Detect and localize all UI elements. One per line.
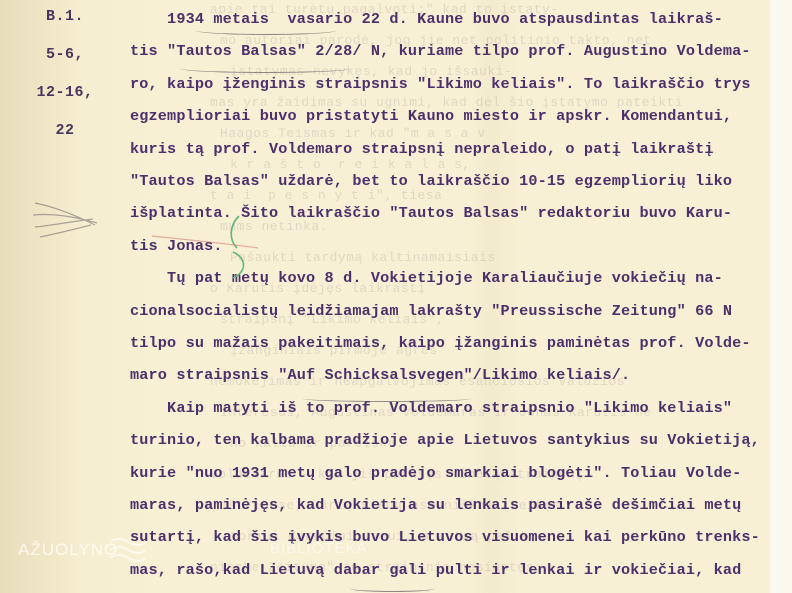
pencil-underline: [302, 395, 472, 402]
document-line: turinio, ten kalbama pradžioje apie Liet…: [130, 431, 760, 449]
document-line: maro straipsnis "Auf Schicksalsvegen"/Li…: [130, 366, 630, 384]
watermark-logo-icon: [108, 534, 148, 568]
document-line: sutartį, kad šis įvykis buvo Lietuvos vi…: [130, 528, 760, 546]
bleed-through-line: t a i p e s n y t i", tiesa: [210, 188, 442, 203]
document-line: "Tautos Balsas" uždarė, bet to laikrašči…: [130, 172, 732, 190]
document-line: kurie "nuo 1931 metų galo pradėjo smarki…: [130, 464, 741, 482]
scan-edge: [770, 0, 792, 593]
bleed-through-line: k r a š t o r e i k a l a s,: [230, 157, 471, 172]
pencil-underline: [180, 64, 350, 73]
document-line: kuris tą prof. Voldemaro straipsnį nepra…: [130, 140, 714, 158]
document-line: Tų pat metų kovo 8 d. Vokietijoje Karali…: [130, 269, 723, 287]
red-pencil-line-icon: [150, 232, 260, 252]
document-line: ro, kaipo įženginis straipsnis "Likimo k…: [130, 75, 751, 93]
document-line: 1934 metais vasario 22 d. Kaune buvo ats…: [130, 10, 723, 28]
margin-reference: 5-6,: [30, 46, 100, 63]
bleed-through-line: Pašaukti tardymą kaltinamaisiais: [230, 250, 496, 265]
watermark-text: BIBLIOTEKA: [270, 540, 368, 557]
watermark-text: AŽUOLYNO: [18, 540, 118, 560]
margin-reference: B.1.: [30, 8, 100, 25]
margin-reference: 22: [30, 122, 100, 139]
document-line: mas, rašo,kad Lietuvą dabar gali pulti i…: [130, 561, 741, 579]
document-line: tis "Tautos Balsas" 2/28/ N, kuriame til…: [130, 42, 751, 60]
margin-reference: 12-16,: [30, 84, 100, 101]
document-line: išplatinta. Šito laikraščio "Tautos Bals…: [130, 204, 732, 222]
pencil-underline: [196, 26, 336, 35]
document-line: maras, paminėjęs, kad Vokietija su lenka…: [130, 496, 741, 514]
scanned-document-page: apie tai turėtų pagalvoti;" kad to įstat…: [0, 0, 770, 593]
document-line: cionalsocialistų leidžiamajam lakrašty "…: [130, 302, 732, 320]
pencil-underline: [350, 585, 435, 592]
document-line: tilpo su mažais pakeitimais, kaipo įžang…: [130, 334, 751, 352]
pencil-scribble-icon: [25, 195, 105, 245]
document-line: egzemplioriai buvo pristatyti Kauno mies…: [130, 107, 732, 125]
